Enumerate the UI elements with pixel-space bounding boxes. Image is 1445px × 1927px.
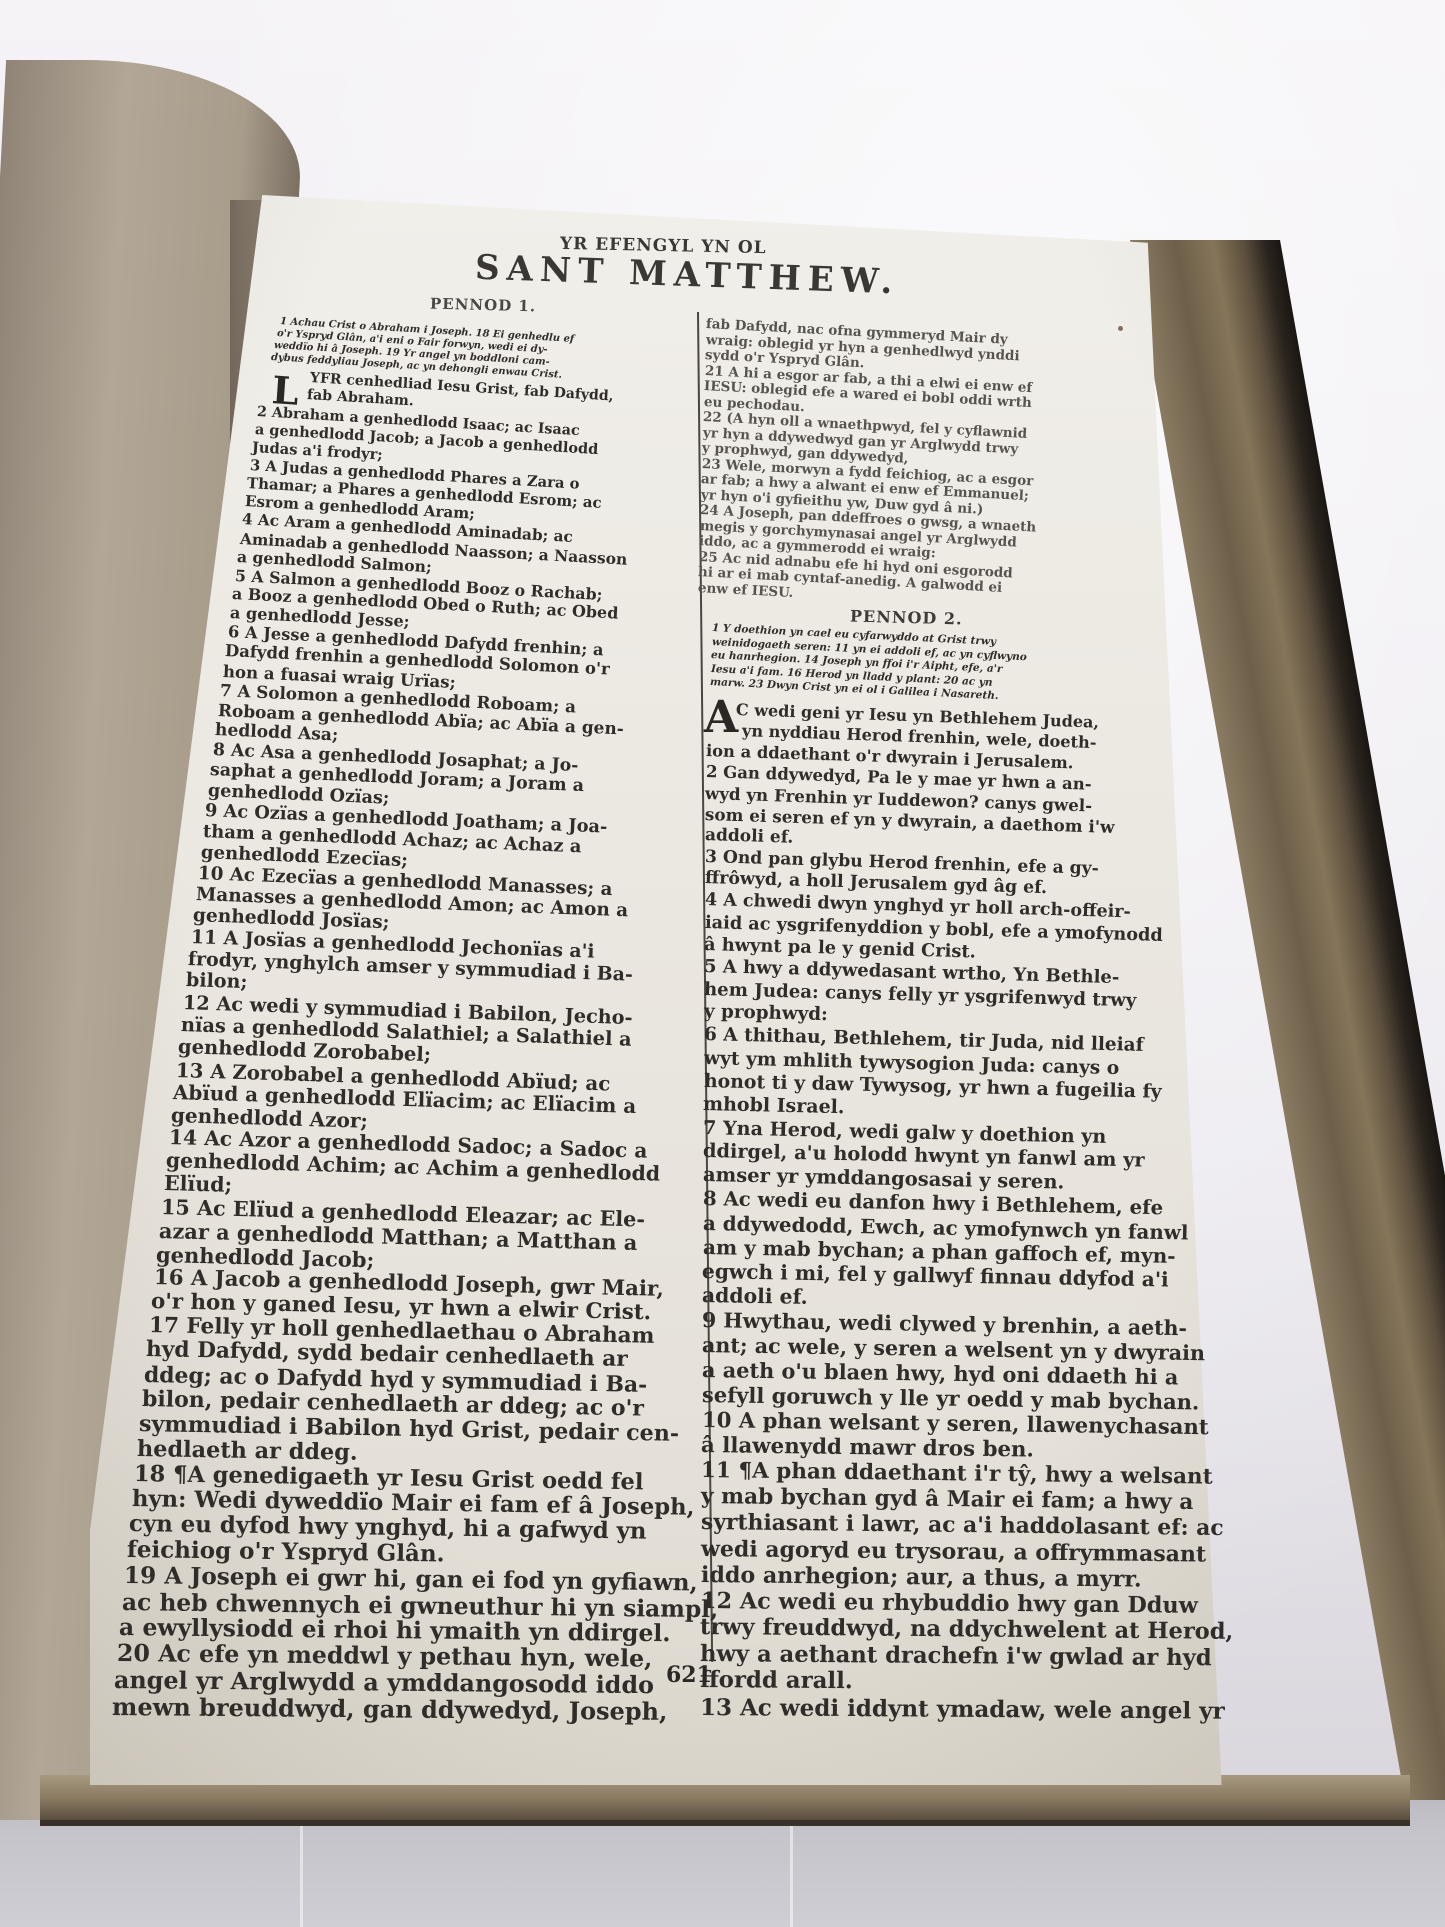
page-number: 621: [666, 1662, 712, 1688]
verse-line: y prophwyd:: [704, 1001, 828, 1025]
chapter-2-heading: PENNOD 2.: [850, 607, 963, 629]
chapter-1-heading: PENNOD 1.: [430, 295, 537, 316]
verse-line: iddo anrhegion; aur, a thus, a myrr.: [701, 1562, 1142, 1593]
drop-cap: A: [704, 692, 738, 743]
ink-smudge: [1118, 326, 1123, 331]
verse-line: bilon;: [185, 969, 247, 993]
verse-line: addoli ef.: [705, 825, 794, 848]
verse-line: mhobl Israel.: [703, 1093, 845, 1118]
verse-line: ffordd arall.: [700, 1667, 853, 1694]
verse-line: hwy a aethant drachefn i'w gwlad ar hyd: [700, 1641, 1212, 1671]
verse-line: Elïud;: [163, 1171, 232, 1197]
verse-line: mewn breuddwyd, gan ddywedyd, Joseph,: [112, 1692, 668, 1726]
verse-line: trwy freuddwyd, na ddychwelent at Herod,: [700, 1614, 1234, 1645]
verse-line: 13 Ac wedi iddynt ymadaw, wele angel yr: [700, 1694, 1225, 1725]
verse-line: addoli ef.: [702, 1283, 808, 1309]
